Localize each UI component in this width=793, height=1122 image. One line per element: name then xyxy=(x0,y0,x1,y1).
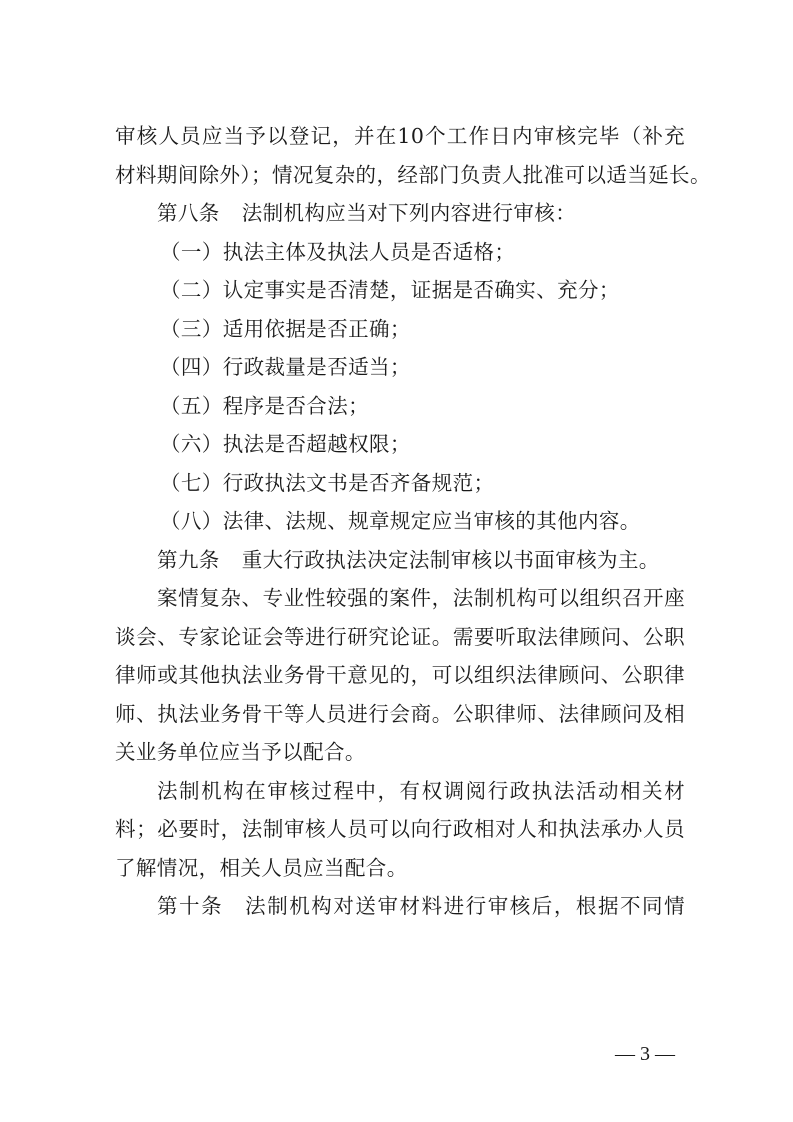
page-number: — 3 — xyxy=(615,1042,675,1066)
article-9-heading: 第九条重大行政执法决定法制审核以书面审核为主。 xyxy=(157,546,727,574)
article-8-text: 法制机构应当对下列内容进行审核： xyxy=(242,201,576,225)
article-9-para2-line-5: 关业务单位应当予以配合。 xyxy=(115,738,685,766)
article-9-para2-line-4: 师、执法业务骨干等人员进行会商。公职律师、法律顾问及相 xyxy=(115,700,685,728)
article-9-para2-line-2: 谈会、专家论证会等进行研究论证。需要听取法律顾问、公职 xyxy=(115,623,685,651)
article-8-number: 第八条 xyxy=(157,201,220,225)
article-9-para2-line-3: 律师或其他执法业务骨干意见的，可以组织法律顾问、公职律 xyxy=(115,661,685,689)
continuation-line-2: 材料期间除外）；情况复杂的，经部门负责人批准可以适当延长。 xyxy=(115,161,685,189)
article-8-item-4: （四）行政裁量是否适当； xyxy=(160,353,730,381)
article-9-para2-line-1: 案情复杂、专业性较强的案件，法制机构可以组织召开座 xyxy=(157,584,685,612)
article-8-item-2: （二）认定事实是否清楚，证据是否确实、充分； xyxy=(160,276,730,304)
article-9-para3-line-1: 法制机构在审核过程中，有权调阅行政执法活动相关材 xyxy=(157,777,685,805)
article-9-number: 第九条 xyxy=(157,548,220,572)
continuation-line-1: 审核人员应当予以登记，并在10个工作日内审核完毕（补充 xyxy=(115,122,685,150)
article-10-number: 第十条 xyxy=(157,894,223,918)
article-8-item-8: （八）法律、法规、规章规定应当审核的其他内容。 xyxy=(160,507,730,535)
article-10-text: 法制机构对送审材料进行审核后，根据不同情 xyxy=(245,894,685,918)
article-8-item-5: （五）程序是否合法； xyxy=(160,392,730,420)
article-8-item-6: （六）执法是否超越权限； xyxy=(160,430,730,458)
article-10-heading: 第十条法制机构对送审材料进行审核后，根据不同情 xyxy=(157,892,685,920)
article-9-text: 重大行政执法决定法制审核以书面审核为主。 xyxy=(242,548,660,572)
article-8-item-7: （七）行政执法文书是否齐备规范； xyxy=(160,469,730,497)
article-8-item-1: （一）执法主体及执法人员是否适格； xyxy=(160,238,730,266)
document-page: 审核人员应当予以登记，并在10个工作日内审核完毕（补充 材料期间除外）；情况复杂… xyxy=(0,0,793,1122)
article-9-para3-line-3: 了解情况，相关人员应当配合。 xyxy=(115,854,685,882)
article-8-heading: 第八条法制机构应当对下列内容进行审核： xyxy=(157,199,727,227)
article-8-item-3: （三）适用依据是否正确； xyxy=(160,315,730,343)
article-9-para3-line-2: 料；必要时，法制审核人员可以向行政相对人和执法承办人员 xyxy=(115,815,685,843)
